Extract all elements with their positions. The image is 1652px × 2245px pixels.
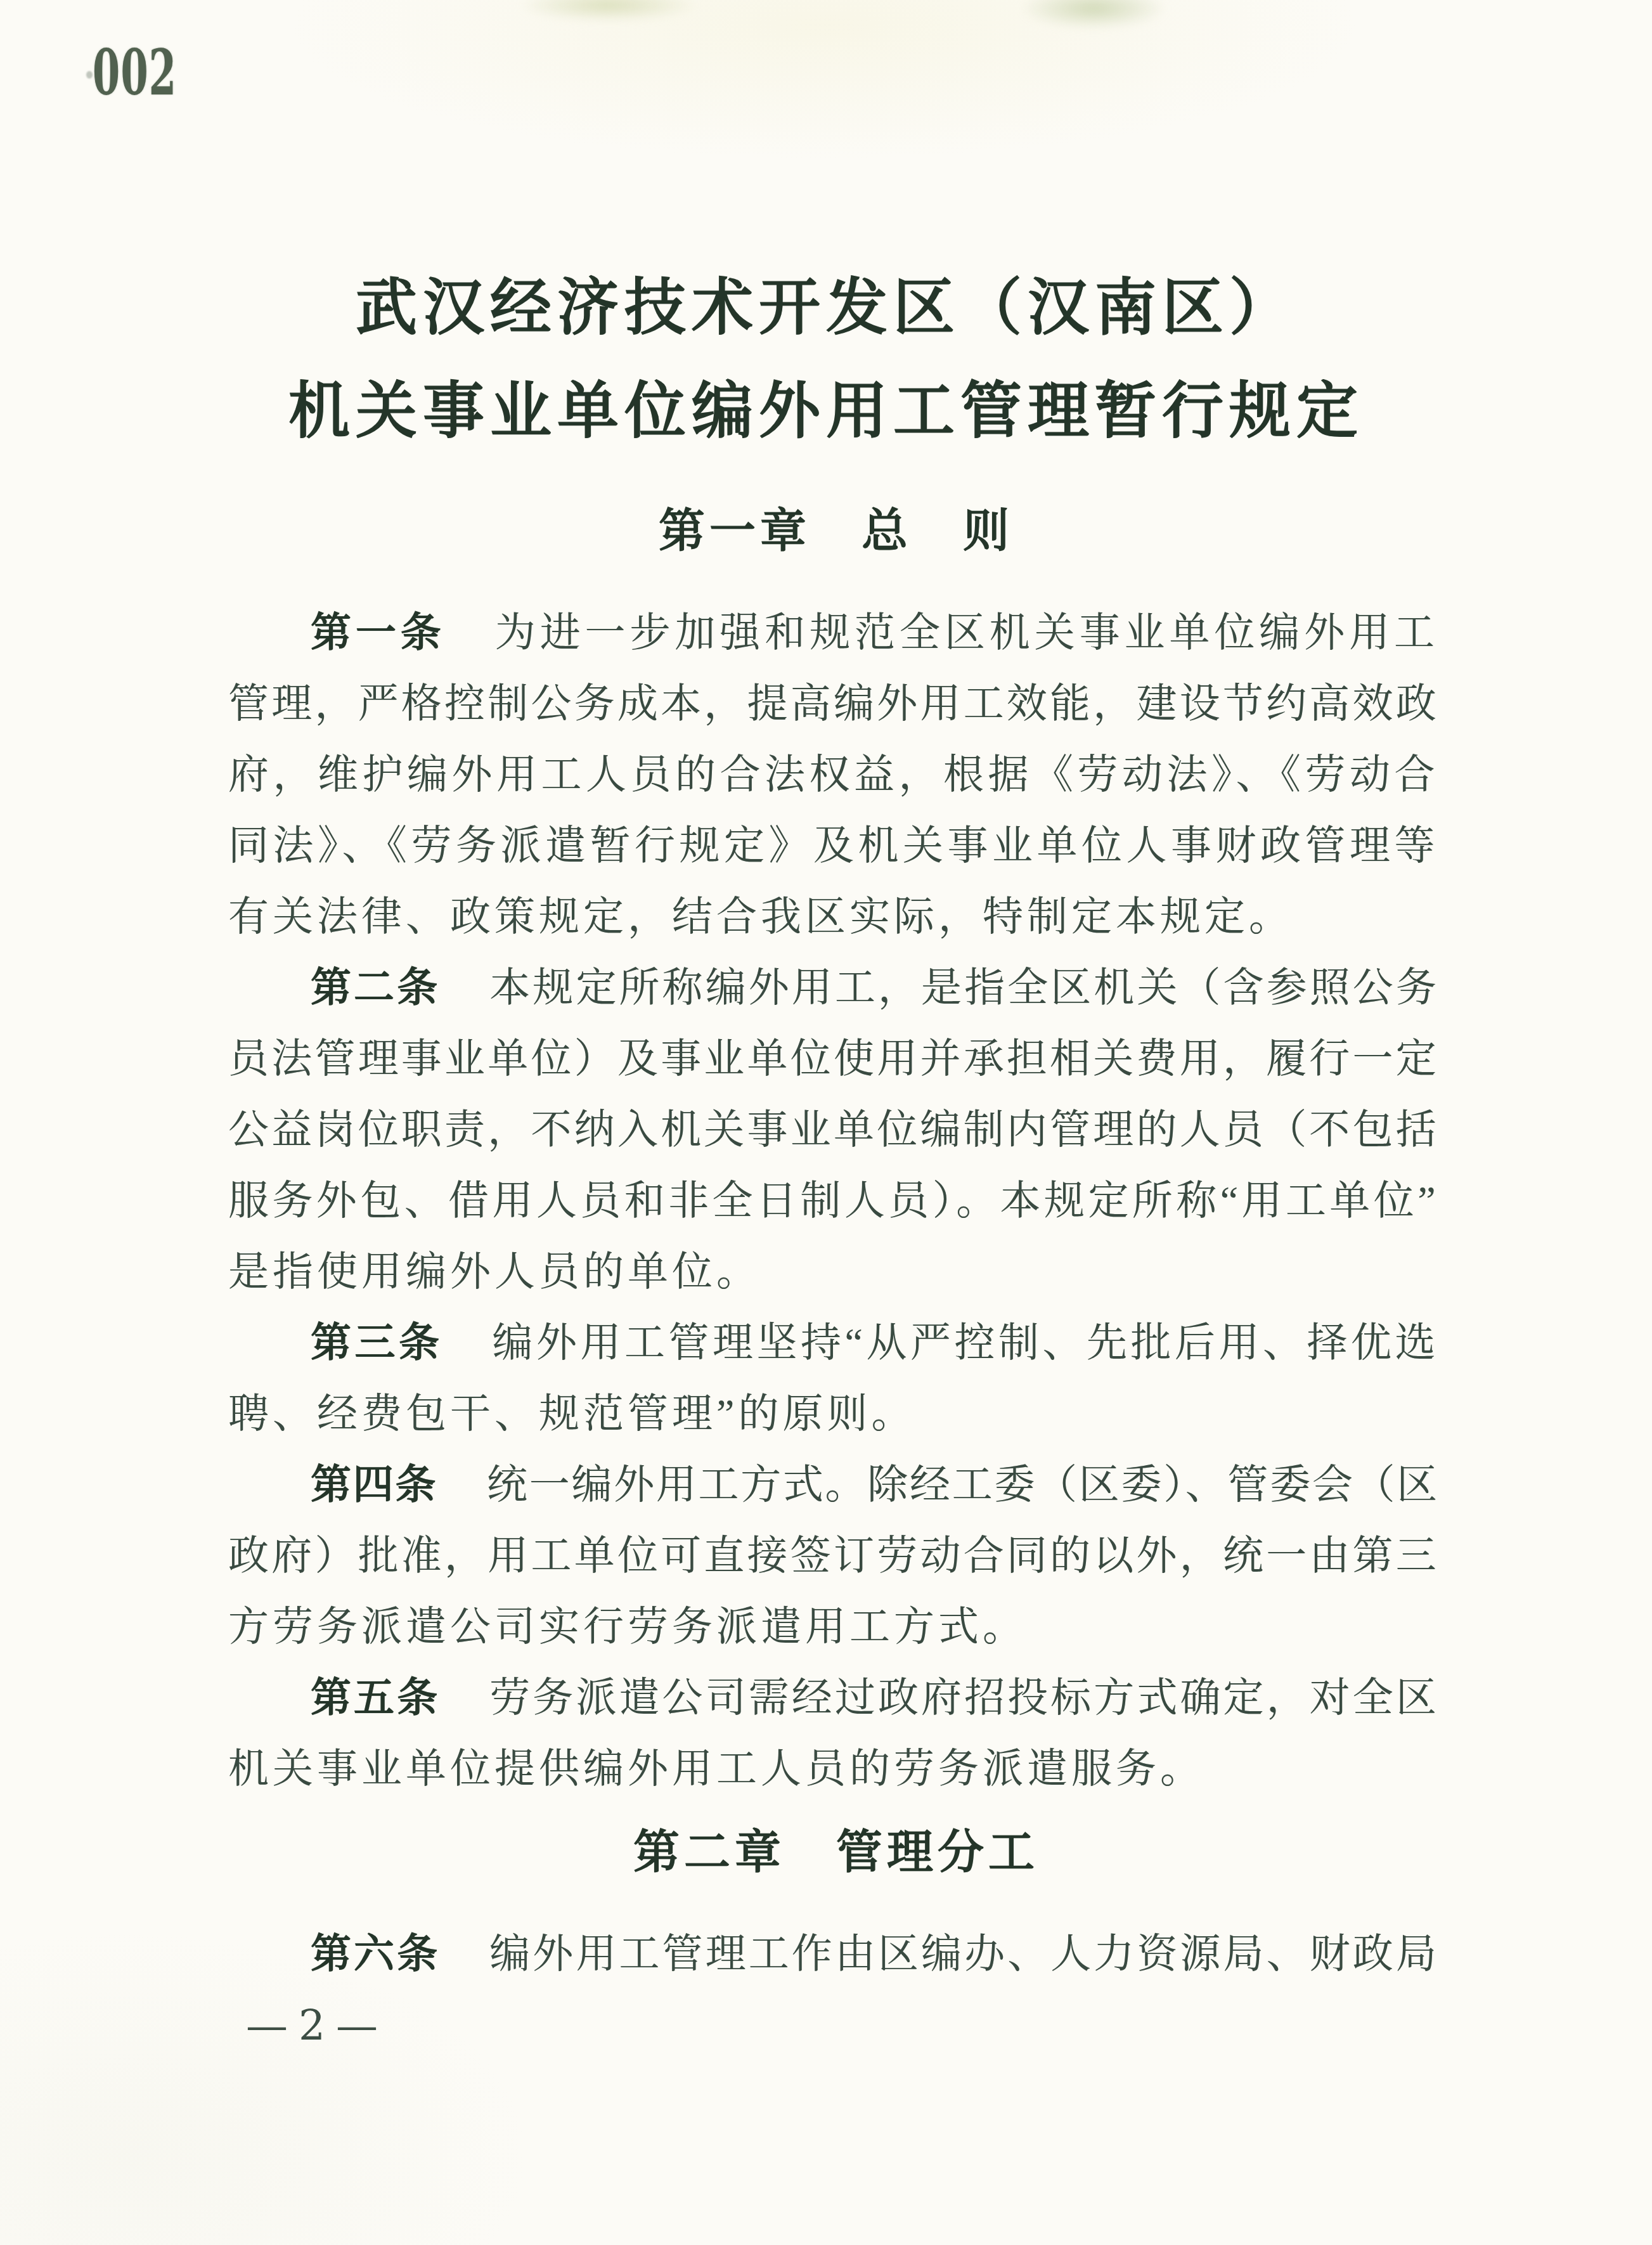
head-gap [440,1000,489,1001]
text-line: 方劳务派遣公司实行劳务派遣用工方式。 [228,1591,1444,1662]
line-text: 为进一步加强和规范全区机关事业单位编外用工 [495,610,1439,655]
article-paragraph: 第五条劳务派遣公司需经过政府招投标方式确定，对全区机关事业单位提供编外用工人员的… [228,1662,1444,1804]
article-paragraph: 第三条编外用工管理坚持“从严控制、先批后用、择优选聘、经费包干、规范管理”的原则… [228,1307,1444,1449]
scan-speck [86,71,93,79]
article-number: 第三条 [311,1320,443,1365]
article-paragraph: 第二条本规定所称编外用工，是指全区机关（含参照公务员法管理事业单位）及事业单位使… [228,952,1444,1307]
line-text: 方劳务派遣公司实行劳务派遣用工方式。 [228,1604,1027,1649]
head-gap [440,1967,489,1967]
page-stamp: 002 [93,41,177,104]
line-text: 编外用工管理工作由区编办、人力资源局、财政局 [489,1931,1439,1976]
text-line: 第五条劳务派遣公司需经过政府招投标方式确定，对全区 [228,1662,1444,1733]
head-gap [440,1711,489,1711]
line-text: 公益岗位职责，不纳入机关事业单位编制内管理的人员（不包括 [228,1107,1439,1152]
text-line: 机关事业单位提供编外用工人员的劳务派遣服务。 [228,1733,1444,1804]
text-line: 第一条为进一步加强和规范全区机关事业单位编外用工 [228,597,1444,668]
line-text: 员法管理事业单位）及事业单位使用并承担相关费用，履行一定 [228,1036,1439,1081]
head-gap [437,1498,487,1498]
line-text: 本规定所称编外用工，是指全区机关（含参照公务 [489,965,1439,1010]
text-line: 聘、经费包干、规范管理”的原则。 [228,1378,1444,1449]
document-body: 第一章 总 则第一条为进一步加强和规范全区机关事业单位编外用工管理，严格控制公务… [228,502,1444,1989]
chapter-heading: 第一章 总 则 [228,502,1444,560]
article-number: 第六条 [311,1931,440,1976]
text-line: 管理，严格控制公务成本，提高编外用工效能，建设节约高效政 [228,668,1444,739]
document-title-line-1: 武汉经济技术开发区（汉南区） [0,256,1652,359]
article-paragraph: 第四条统一编外用工方式。除经工委（区委）、管委会（区政府）批准，用工单位可直接签… [228,1449,1444,1662]
document-title: 武汉经济技术开发区（汉南区） 机关事业单位编外用工管理暂行规定 [0,0,1652,463]
head-gap [446,645,495,646]
line-text: 服务外包、借用人员和非全日制人员）。本规定所称“用工单位” [228,1178,1439,1223]
text-line: 有关法律、政策规定，结合我区实际，特制定本规定。 [228,881,1444,952]
article-number: 第四条 [311,1462,437,1507]
article-number: 第五条 [311,1675,440,1720]
line-text: 政府）批准，用工单位可直接签订劳动合同的以外，统一由第三 [228,1533,1439,1578]
article-number: 第一条 [311,610,446,655]
article-paragraph: 第一条为进一步加强和规范全区机关事业单位编外用工管理，严格控制公务成本，提高编外… [228,597,1444,952]
line-text: 聘、经费包干、规范管理”的原则。 [228,1391,915,1436]
line-text: 同法》、《劳务派遣暂行规定》及机关事业单位人事财政管理等 [228,823,1439,868]
line-text: 是指使用编外人员的单位。 [228,1249,761,1294]
line-text: 府，维护编外用工人员的合法权益，根据《劳动法》、《劳动合 [228,752,1439,797]
line-text: 统一编外用工方式。除经工委（区委）、管委会（区 [487,1462,1439,1507]
line-text: 劳务派遣公司需经过政府招投标方式确定，对全区 [489,1675,1439,1720]
document-title-line-2: 机关事业单位编外用工管理暂行规定 [0,359,1652,463]
page-number: — 2 — [246,2003,377,2048]
text-line: 政府）批准，用工单位可直接签订劳动合同的以外，统一由第三 [228,1520,1444,1591]
line-text: 有关法律、政策规定，结合我区实际，特制定本规定。 [228,894,1293,939]
line-text: 编外用工管理坚持“从严控制、先批后用、择优选 [493,1320,1440,1365]
text-line: 第三条编外用工管理坚持“从严控制、先批后用、择优选 [228,1307,1444,1378]
article-paragraph: 第六条编外用工管理工作由区编办、人力资源局、财政局 [228,1918,1444,1989]
text-line: 服务外包、借用人员和非全日制人员）。本规定所称“用工单位” [228,1165,1444,1236]
text-line: 府，维护编外用工人员的合法权益，根据《劳动法》、《劳动合 [228,739,1444,810]
text-line: 第六条编外用工管理工作由区编办、人力资源局、财政局 [228,1918,1444,1989]
line-text: 机关事业单位提供编外用工人员的劳务派遣服务。 [228,1746,1204,1791]
text-line: 第四条统一编外用工方式。除经工委（区委）、管委会（区 [228,1449,1444,1520]
chapter-heading: 第二章 管理分工 [228,1823,1444,1882]
article-number: 第二条 [311,965,440,1010]
text-line: 公益岗位职责，不纳入机关事业单位编制内管理的人员（不包括 [228,1094,1444,1165]
text-line: 同法》、《劳务派遣暂行规定》及机关事业单位人事财政管理等 [228,810,1444,881]
scanned-document-page: 002 武汉经济技术开发区（汉南区） 机关事业单位编外用工管理暂行规定 第一章 … [0,0,1652,2245]
head-gap [443,1355,493,1356]
text-line: 员法管理事业单位）及事业单位使用并承担相关费用，履行一定 [228,1023,1444,1094]
line-text: 管理，严格控制公务成本，提高编外用工效能，建设节约高效政 [228,681,1439,726]
text-line: 第二条本规定所称编外用工，是指全区机关（含参照公务 [228,952,1444,1023]
text-line: 是指使用编外人员的单位。 [228,1236,1444,1307]
